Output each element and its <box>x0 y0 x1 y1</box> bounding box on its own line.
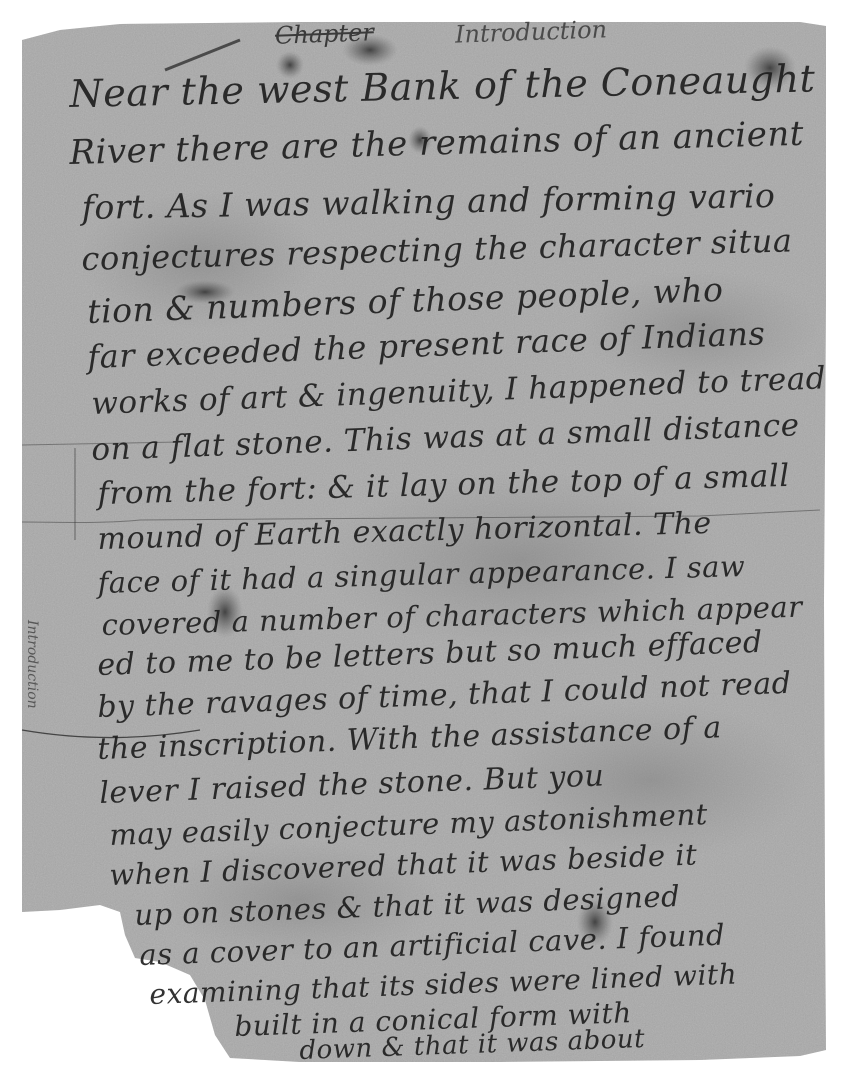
margin-note: Introduction <box>24 620 40 709</box>
manuscript-page: Chapter Introduction Near the west Bank … <box>0 0 849 1089</box>
struck-heading: Chapter <box>275 18 375 49</box>
page-heading: Introduction <box>455 15 608 48</box>
